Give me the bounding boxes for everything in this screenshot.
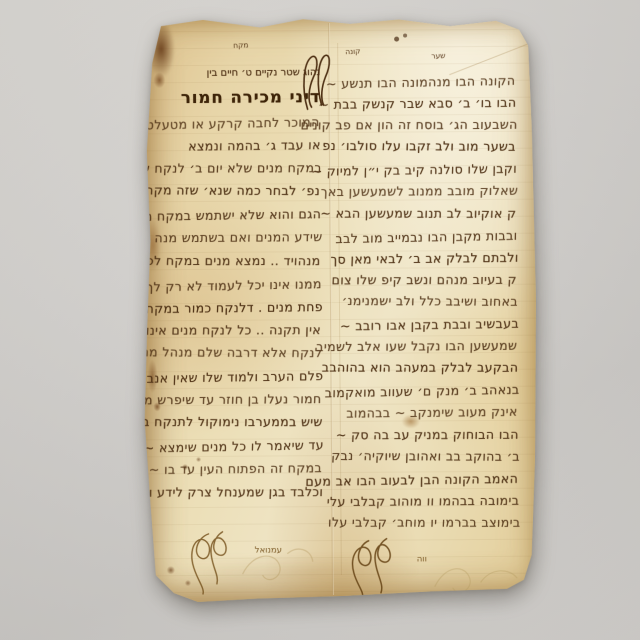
foxing-dot [167, 566, 175, 574]
running-header-right-inner: קונה [345, 47, 361, 57]
handwritten-line: חמור נעלו בן חוזר עד שיפרש מנים [151, 387, 322, 411]
running-header-right-outer: שער [431, 51, 446, 61]
left-column-body: המוכר לחבה קרקע או מטעלטליןאו עבד ג׳ בהמ… [151, 110, 324, 504]
foxing-dot [403, 34, 407, 38]
handwritten-line: האמב הקונה הבן לבעוב הבו אב מעם [326, 467, 518, 492]
handwritten-line: שידע המנים ואם בשתמש מנה אוזרי [152, 226, 323, 250]
right-signature-word: ווה [417, 554, 427, 564]
handwritten-line: הבו הבוחוק במניק עב בה סק ~ [327, 423, 520, 446]
handwritten-line: ק בעיוב מנהם ונשב קיפ שלו צום [324, 269, 517, 292]
handwritten-line: או עבד ג׳ בהמה ונמצא [151, 133, 322, 158]
handwritten-line: ב׳ בהוקב בב ואהובן שיוקיה׳ נבק [328, 444, 521, 467]
handwritten-line: שאלוק מובב ממנוב לשמעשען באך [326, 180, 519, 203]
handwritten-line: במקח זה הפתוח העין עד בו ~ [152, 457, 323, 482]
handwritten-line: באחוב ושיבב כלל ולב ישמנימנ׳ [326, 290, 519, 313]
handwritten-line: פחת מנים . דלנקח כמור במקח שלם [153, 295, 324, 320]
handwritten-line: לנקח אלא דרבה שלם מנהל מנים נפש [152, 340, 323, 364]
handwritten-line: פלם הערב ולמוד שלו שאין אנב [153, 364, 323, 390]
handwritten-line: הבקעב לבלק במעהב הוא בהוהבב [326, 357, 519, 379]
handwritten-line: מנהויד .. נמצא מנים במקח לפוחת [150, 249, 321, 272]
bleed-through-ghost-marks [429, 556, 525, 601]
handwritten-line: במקח מנים שלא יום ב׳ לנקח שחוזק [152, 156, 323, 180]
handwritten-line: הגם והוא שלא ישתמש במקח מיד [151, 203, 321, 229]
handwritten-line: נפ׳ לבחר כמה שנא׳ שזה מקח ענוות [150, 179, 321, 203]
running-header-left: מקח [233, 40, 249, 50]
handwritten-line: שמעשען הבו נקבל שעו אלב לשמיב [325, 335, 518, 358]
handwritten-line: בימובה בבהמו וו מוהוב קבלבי עלי [327, 490, 520, 513]
foxing-dot [394, 37, 399, 42]
right-column-body: הקונה הבו מנהמונה הבו תנשע ~הבו בו׳ ב׳ ס… [324, 70, 519, 535]
handwritten-line: ממנו אינו יכל לעמוד לא רק לך פימד [152, 272, 322, 298]
handwritten-line: בשער מוב ולב זקבו עלו סולבו׳ נפ [324, 135, 517, 158]
handwritten-line: וכלבד בגן שמענחל צרק לידע וב׳ [153, 480, 324, 504]
paper-sheet: מקח קונה שער נהוג שטר נקיים ט׳ חיים בין … [137, 12, 543, 607]
handwritten-line: בימוצב בברמו יו מוחב׳ קבלבי עלו [328, 511, 521, 533]
handwritten-line: ק אוקיוב לב תנוב שמעשען הבא ~ [324, 202, 517, 224]
handwritten-line: בעבשיב ובבת בקבן אבו רובב ~ [327, 313, 519, 338]
manuscript-page: מקח קונה שער נהוג שטר נקיים ט׳ חיים בין … [137, 12, 543, 607]
handwritten-line: אינק מעוב שימנקב ~ בבהמוב [325, 401, 518, 425]
photograph-of-manuscript: מקח קונה שער נהוג שטר נקיים ט׳ חיים בין … [0, 0, 640, 640]
handwritten-line: ולבתם לבלק אב ב׳ לבאי מאן סך [326, 246, 519, 270]
left-text-column: נהוג שטר נקיים ט׳ חיים בין דיני מכירה חמ… [150, 63, 323, 504]
right-text-column: הקונה הבו מנהמונה הבו תנשע ~הבו בו׳ ב׳ ס… [324, 70, 519, 535]
handwritten-line: שיש בממערבו נימוקול לתנקח ב׳ [152, 410, 323, 433]
handwritten-line: השבעוב הג׳ בוסח זה הון אם פב קונים [325, 114, 518, 137]
handwritten-line: הבו בו׳ ב׳ סבא שבר קנשק בבת ~ [324, 92, 517, 116]
bleed-through-ghost-marks [233, 533, 323, 594]
handwritten-line: אין תקנה .. כל לנקח מנים אינו [151, 318, 322, 342]
right-signature-flourish [341, 535, 411, 599]
